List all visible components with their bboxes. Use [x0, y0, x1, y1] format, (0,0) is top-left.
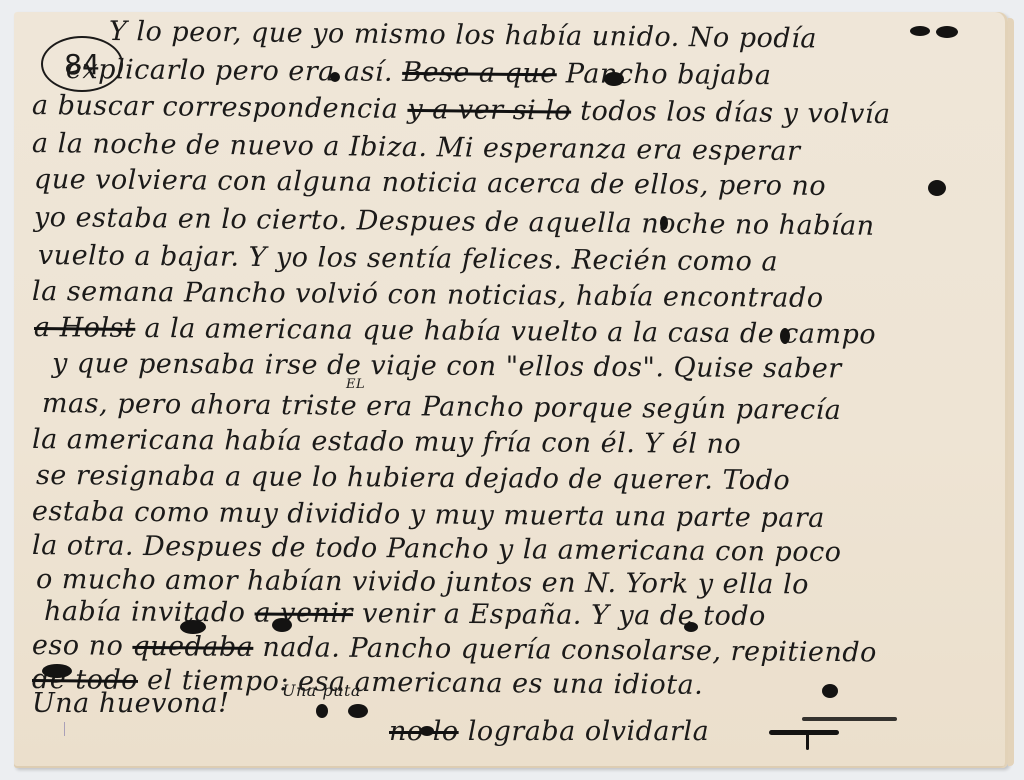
- line-text: todos los días y volvía: [580, 96, 891, 130]
- text-line-18: eso no quedaba nada. Pancho quería conso…: [32, 630, 877, 669]
- line-text: Una huevona!: [32, 688, 229, 719]
- line-text: había invitado: [44, 596, 246, 628]
- line-text: Y lo peor, que yo mismo los había unido.…: [109, 16, 817, 54]
- ink-blot: [684, 622, 698, 632]
- line-text: yo estaba en lo cierto. Despues de aquel…: [34, 202, 875, 242]
- text-line-1: Y lo peor, que yo mismo los había unido.…: [109, 16, 817, 55]
- ink-blot: [348, 704, 368, 718]
- ink-blot: [822, 684, 838, 698]
- inserted-word: Una puta: [282, 682, 361, 700]
- line-text: nada. Pancho quería consolarse, repitien…: [262, 632, 877, 668]
- text-line-5: que volviera con alguna noticia acerca d…: [34, 164, 826, 203]
- ink-blot: [316, 704, 328, 718]
- line-text: la americana había estado muy fría con é…: [32, 424, 741, 460]
- ink-dash-stroke: [769, 730, 839, 735]
- line-text: mas, pero ahora triste era Pancho porque…: [42, 388, 842, 426]
- text-line-13: se resignaba a que lo hubiera dejado de …: [36, 460, 790, 497]
- pencil-mark: [64, 722, 65, 736]
- text-line-14: estaba como muy dividido y muy muerta un…: [32, 496, 825, 535]
- text-line-21: no lo lograba olvidarla: [389, 716, 709, 748]
- ink-blot: [42, 664, 72, 678]
- line-text: venir a España. Y ya de todo: [362, 598, 766, 632]
- ink-blot: [330, 72, 340, 82]
- text-line-11: mas, pero ahora triste era Pancho porque…: [42, 388, 842, 427]
- text-line-10: y que pensaba irse de viaje con "ellos d…: [52, 348, 842, 386]
- line-text: la semana Pancho volvió con noticias, ha…: [32, 276, 824, 314]
- text-line-20: Una huevona!: [32, 688, 229, 720]
- ink-blot: [272, 618, 292, 632]
- ink-blot: [936, 26, 958, 38]
- struck-text: y a ver si lo: [407, 94, 571, 127]
- manuscript-page: 84 Y lo peor, que yo mismo los había uni…: [14, 12, 1008, 768]
- line-text: se resignaba a que lo hubiera dejado de …: [36, 460, 790, 496]
- line-text: lograba olvidarla: [468, 716, 709, 747]
- ink-dash-stroke: [802, 717, 897, 721]
- ink-dash-stroke: [806, 732, 809, 750]
- line-text: a buscar correspondencia: [32, 90, 399, 125]
- text-line-8: la semana Pancho volvió con noticias, ha…: [32, 276, 824, 315]
- text-line-9: a Holst a la americana que había vuelto …: [34, 312, 876, 351]
- text-line-12: la americana había estado muy fría con é…: [32, 424, 741, 461]
- line-text: el tiempo: esa americana es una idiota.: [147, 665, 703, 701]
- line-text: a la noche de nuevo a Ibiza. Mi esperanz…: [32, 128, 801, 167]
- line-text: Pancho bajaba: [566, 58, 772, 91]
- ink-blot: [910, 26, 930, 36]
- ink-blot: [420, 726, 434, 736]
- line-text: vuelto a bajar. Y yo los sentía felices.…: [38, 240, 778, 277]
- ink-blot: [604, 72, 624, 86]
- text-line-3: a buscar correspondencia y a ver si lo t…: [32, 90, 891, 131]
- text-line-4: a la noche de nuevo a Ibiza. Mi esperanz…: [32, 128, 801, 168]
- text-line-7: vuelto a bajar. Y yo los sentía felices.…: [38, 240, 778, 278]
- text-line-15: la otra. Despues de todo Pancho y la ame…: [32, 530, 842, 569]
- ink-blot: [180, 620, 206, 634]
- struck-text: a Holst: [34, 312, 136, 344]
- line-text: a la americana que había vuelto a la cas…: [144, 313, 876, 350]
- text-line-6: yo estaba en lo cierto. Despues de aquel…: [34, 202, 875, 243]
- ink-blot: [928, 180, 946, 196]
- insert-text: Una puta: [282, 681, 361, 700]
- text-line-2: explicarlo pero era así. Bese a que Panc…: [66, 54, 772, 92]
- line-text: y que pensaba irse de viaje con "ellos d…: [52, 348, 842, 385]
- line-text: eso no: [32, 630, 124, 662]
- line-text: que volviera con alguna noticia acerca d…: [34, 164, 826, 202]
- ink-blot: [660, 216, 668, 230]
- line-text: explicarlo pero era así.: [66, 54, 393, 88]
- struck-text: quedaba: [132, 631, 253, 663]
- page-edge: [1008, 18, 1014, 766]
- text-line-17: había invitado a venir venir a España. Y…: [44, 596, 766, 633]
- line-text: la otra. Despues de todo Pancho y la ame…: [32, 530, 842, 568]
- ink-blot: [780, 328, 790, 344]
- line-text: estaba como muy dividido y muy muerta un…: [32, 496, 825, 534]
- struck-text: Bese a que: [402, 57, 557, 89]
- line-text: o mucho amor habían vivido juntos en N. …: [36, 564, 809, 600]
- struck-text: a venir: [254, 597, 353, 629]
